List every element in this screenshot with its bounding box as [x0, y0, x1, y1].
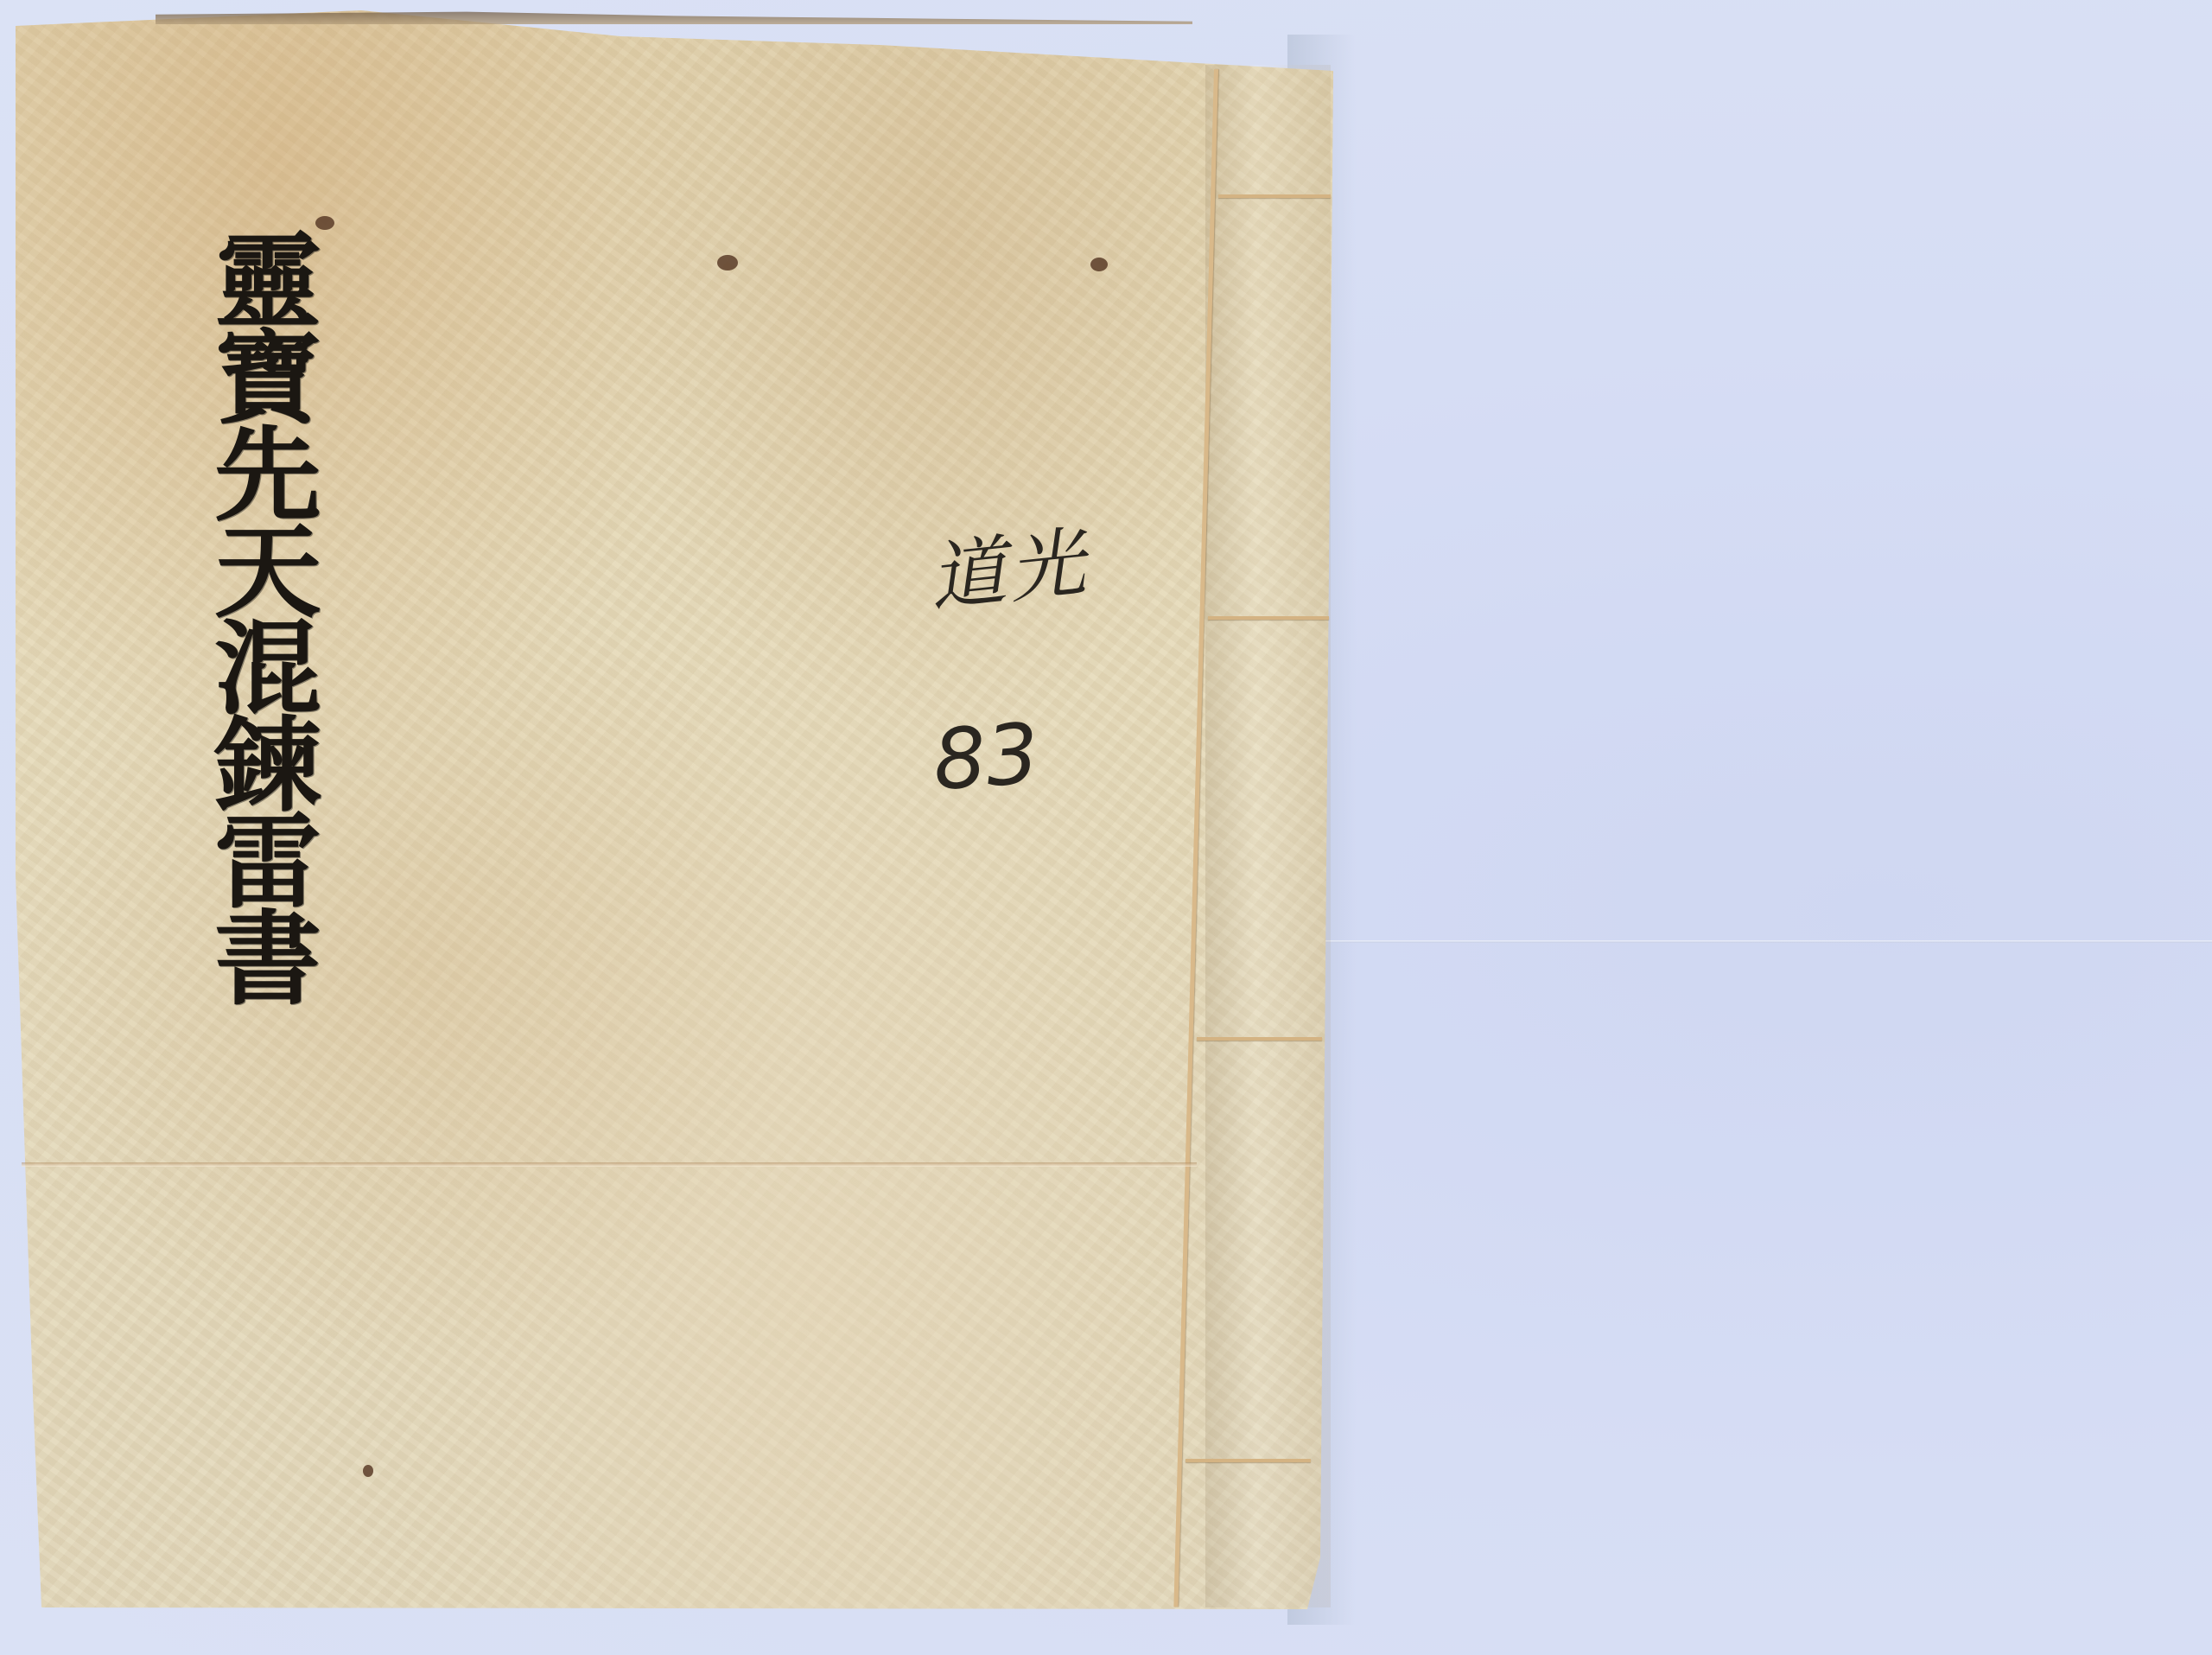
title-char: 混: [214, 621, 321, 717]
binding-stitch-4: [1185, 1459, 1311, 1462]
background-fold-line: [1296, 940, 2212, 943]
wormhole-mark: [717, 255, 738, 271]
title-char: 書: [214, 911, 321, 1008]
cover-crease: [22, 1162, 1197, 1167]
book-top-edge: [156, 10, 1192, 24]
title-char: 鍊: [214, 717, 321, 814]
handwritten-era-note: 道光: [924, 502, 1093, 627]
title-char: 靈: [214, 233, 321, 330]
binding-stitch-2: [1208, 616, 1329, 620]
title-char: 天: [214, 524, 321, 621]
binding-stitch-3: [1197, 1037, 1322, 1041]
book-title: 靈 寶 先 天 混 鍊 雷 書: [194, 233, 341, 1008]
handwritten-catalog-number: 83: [930, 705, 1042, 809]
title-char: 寶: [214, 330, 321, 427]
title-char: 雷: [214, 814, 321, 911]
book-spine-strip: [1205, 65, 1331, 1607]
wormhole-mark: [1090, 258, 1108, 271]
binding-stitch-1: [1218, 194, 1331, 198]
title-char: 先: [214, 427, 321, 524]
wormhole-mark: [363, 1465, 373, 1477]
